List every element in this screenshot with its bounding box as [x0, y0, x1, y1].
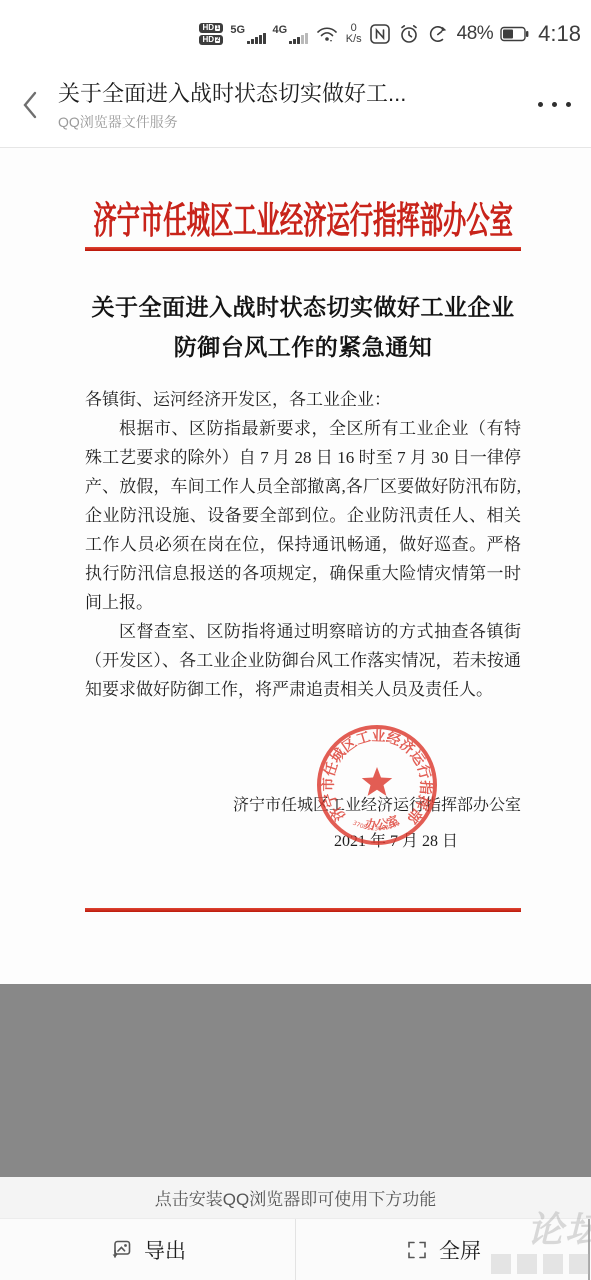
signature-block: 济宁市任城区工业经济运行指挥部办公室 2021 年 7 月 28 日: [85, 792, 521, 851]
clock: 4:18: [538, 21, 581, 47]
document-title-line1: 关于全面进入战时状态切实做好工业企业: [85, 288, 521, 328]
install-banner-text: 点击安装QQ浏览器即可使用下方功能: [155, 1185, 436, 1210]
signature-date: 2021 年 7 月 28 日: [85, 828, 521, 851]
fullscreen-icon: [406, 1239, 428, 1261]
export-button[interactable]: 导出: [0, 1219, 295, 1280]
red-divider: [85, 247, 521, 251]
phone-screen: HD1 HD2 5G 4G 0 K/s: [0, 0, 591, 1280]
document-page: 济宁市任城区工业经济运行指挥部办公室 关于全面进入战时状态切实做好工业企业 防御…: [0, 148, 591, 984]
network-speed: 0 K/s: [346, 23, 362, 45]
signal-4g-icon: 4G: [273, 24, 308, 44]
export-label: 导出: [144, 1235, 186, 1265]
document-title-line2: 防御台风工作的紧急通知: [85, 328, 521, 368]
file-source: QQ浏览器文件服务: [58, 112, 532, 132]
install-banner[interactable]: 点击安装QQ浏览器即可使用下方功能: [0, 1177, 591, 1218]
alarm-icon: [398, 23, 420, 45]
nav-bar: 关于全面进入战时状态切实做好工... QQ浏览器文件服务: [0, 62, 591, 148]
nav-titles: 关于全面进入战时状态切实做好工... QQ浏览器文件服务: [50, 77, 532, 132]
export-icon: [109, 1238, 133, 1262]
bottom-toolbar: 导出 全屏: [0, 1218, 591, 1280]
fullscreen-button[interactable]: 全屏: [295, 1219, 591, 1280]
speed-unit: K/s: [346, 34, 362, 45]
nfc-icon: [369, 23, 391, 45]
salutation: 各镇街、运河经济开发区，各工业企业：: [85, 385, 521, 414]
paragraph-2: 区督查室、区防指将通过明察暗访的方式抽查各镇街（开发区）、各工业企业防御台风工作…: [85, 617, 521, 704]
paragraph-1: 根据市、区防指最新要求，全区所有工业企业（有特殊工艺要求的除外）自 7 月 28…: [85, 414, 521, 617]
signal-5g-label: 5G: [230, 24, 245, 36]
document-body: 各镇街、运河经济开发区，各工业企业： 根据市、区防指最新要求，全区所有工业企业（…: [85, 385, 521, 704]
signature-agency: 济宁市任城区工业经济运行指挥部办公室: [85, 792, 521, 815]
hd2-sub: 2: [215, 37, 220, 43]
wifi-icon: [315, 24, 339, 44]
signal-5g-icon: 5G: [230, 24, 265, 44]
hd1-sub: 1: [215, 25, 220, 31]
battery-percent: 48%: [457, 23, 494, 45]
more-menu-icon[interactable]: [532, 102, 577, 107]
battery-icon: [500, 26, 529, 42]
file-title: 关于全面进入战时状态切实做好工...: [58, 77, 532, 108]
hd1-icon: HD: [202, 24, 214, 32]
performance-mode-icon: [427, 23, 450, 45]
hd2-icon: HD: [202, 36, 214, 44]
status-bar: HD1 HD2 5G 4G 0 K/s: [0, 0, 591, 62]
viewer-background: [0, 984, 591, 1177]
scrollbar-thumb[interactable]: [588, 1219, 590, 1280]
back-button[interactable]: [10, 83, 50, 127]
red-divider-bottom: [85, 908, 521, 912]
volte-hd-icons: HD1 HD2: [199, 23, 223, 45]
fullscreen-label: 全屏: [439, 1235, 481, 1265]
signal-4g-label: 4G: [273, 24, 288, 36]
document-agency-header: 济宁市任城区工业经济运行指挥部办公室: [93, 203, 513, 242]
document-title: 关于全面进入战时状态切实做好工业企业 防御台风工作的紧急通知: [85, 288, 521, 368]
